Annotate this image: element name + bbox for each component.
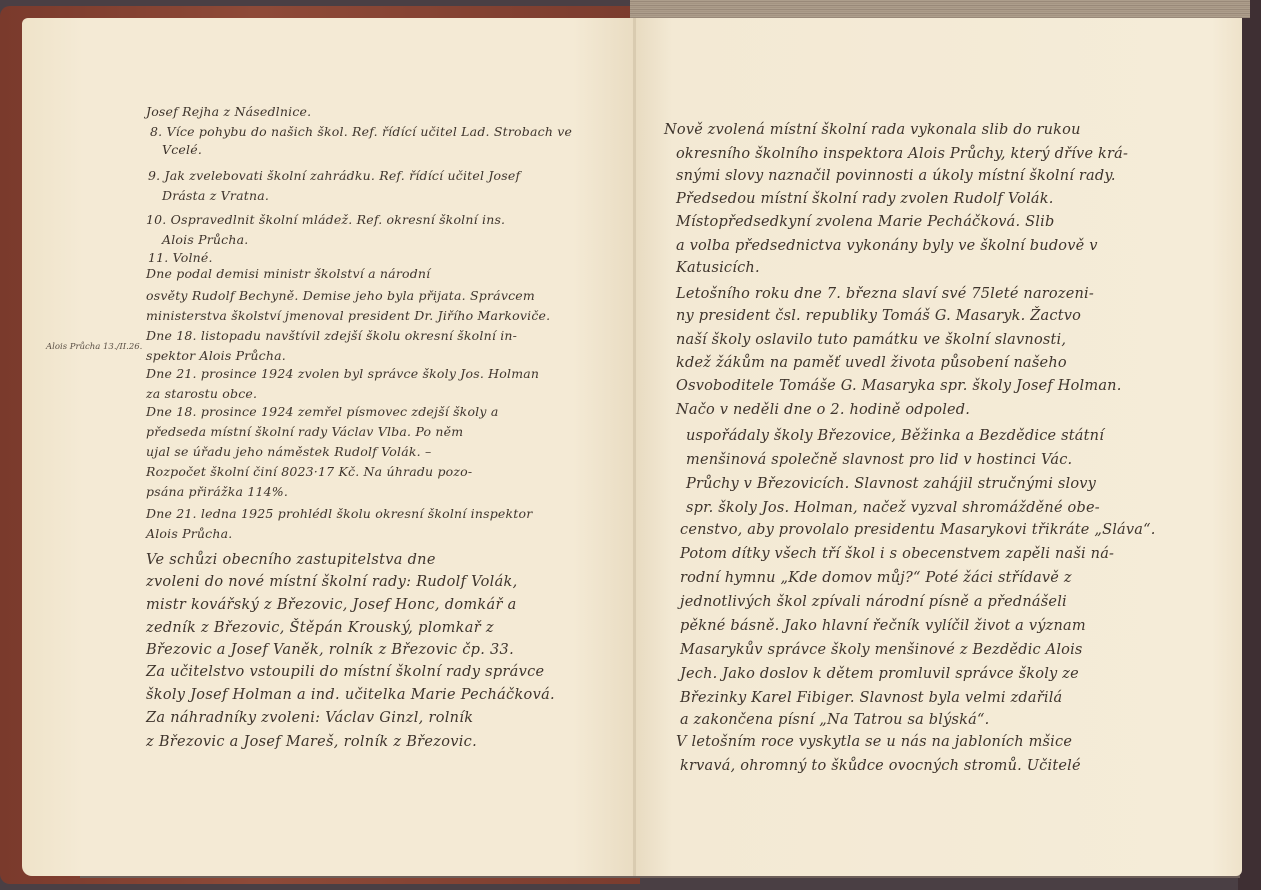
right-line: okresního školního inspektora Alois Průc… bbox=[676, 146, 1128, 162]
left-line: z Březovic a Josef Mareš, rolník z Březo… bbox=[146, 734, 477, 750]
right-line: rodní hymnu „Kde domov můj?“ Poté žáci s… bbox=[680, 570, 1072, 586]
right-line: naší školy oslavilo tuto památku ve škol… bbox=[676, 332, 1066, 348]
left-line: ministerstva školství jmenoval president… bbox=[146, 308, 550, 323]
right-line: Katusicích. bbox=[676, 260, 760, 276]
right-line: spr. školy Jos. Holman, načež vyzval shr… bbox=[686, 500, 1100, 516]
left-line: předseda místní školní rady Václav Vlba.… bbox=[146, 424, 463, 439]
right-line: Březinky Karel Fibiger. Slavnost byla ve… bbox=[680, 690, 1062, 706]
right-line: Jech. Jako doslov k dětem promluvil sprá… bbox=[680, 666, 1079, 682]
right-line: Masarykův správce školy menšinové z Bezd… bbox=[680, 642, 1083, 658]
left-line: Březovic a Josef Vaněk, rolník z Březovi… bbox=[146, 642, 514, 658]
right-line: Předsedou místní školní rady zvolen Rudo… bbox=[676, 191, 1054, 207]
right-line: censtvo, aby provolalo presidentu Masary… bbox=[680, 522, 1156, 538]
left-line: Alois Průcha. bbox=[162, 232, 248, 247]
right-line: krvavá, ohromný to škůdce ovocných strom… bbox=[680, 758, 1081, 774]
left-line: Za učitelstvo vstoupili do místní školní… bbox=[146, 664, 544, 680]
left-line: 11. Volné. bbox=[148, 250, 213, 265]
right-line: a zakončena písní „Na Tatrou sa blýská“. bbox=[680, 712, 989, 728]
left-line: Dne 18. prosince 1924 zemřel písmovec zd… bbox=[146, 404, 498, 419]
left-line: psána přirážka 114%. bbox=[146, 484, 288, 499]
right-line: pěkné básně. Jako hlavní řečník vylíčil … bbox=[680, 618, 1086, 634]
right-line: Průchy v Březovicích. Slavnost zahájil s… bbox=[686, 476, 1096, 492]
left-line: zedník z Březovic, Štěpán Krouský, plomk… bbox=[146, 620, 494, 636]
left-line: za starostu obce. bbox=[146, 386, 257, 401]
left-line: 8. Více pohybu do našich škol. Ref. řídí… bbox=[150, 124, 572, 139]
right-line: kdež žákům na paměť uvedl života působen… bbox=[676, 355, 1067, 371]
book-gutter bbox=[633, 18, 636, 876]
left-line: Drásta z Vratna. bbox=[162, 188, 269, 203]
right-line: Osvoboditele Tomáše G. Masaryka spr. ško… bbox=[676, 378, 1122, 394]
left-line: Dne 21. prosince 1924 zvolen byl správce… bbox=[146, 366, 539, 381]
margin-note: Alois Průcha 13./II.26. bbox=[46, 342, 142, 352]
left-line: Vcelé. bbox=[162, 142, 202, 157]
left-line: osvěty Rudolf Bechyně. Demise jeho byla … bbox=[146, 288, 535, 303]
right-line: Místopředsedkyní zvolena Marie Pecháčkov… bbox=[676, 214, 1054, 230]
left-line: školy Josef Holman a ind. učitelka Marie… bbox=[146, 687, 555, 703]
left-line: 9. Jak zvelebovati školní zahrádku. Ref.… bbox=[148, 168, 520, 183]
right-line: Nově zvolená místní školní rada vykonala… bbox=[664, 122, 1081, 138]
right-line: Potom dítky všech tří škol i s obecenstv… bbox=[680, 546, 1114, 562]
right-line: V letošním roce vyskytla se u nás na jab… bbox=[676, 734, 1072, 750]
left-line: Dne 18. listopadu navštívil zdejší školu… bbox=[146, 328, 517, 343]
right-line: menšinová společně slavnost pro lid v ho… bbox=[686, 452, 1072, 468]
right-line: snými slovy naznačil povinnosti a úkoly … bbox=[676, 168, 1116, 184]
right-line: jednotlivých škol zpívali národní písně … bbox=[680, 594, 1067, 610]
left-line: zvoleni do nové místní školní rady: Rudo… bbox=[146, 574, 518, 590]
right-line: uspořádaly školy Březovice, Běžinka a Be… bbox=[686, 428, 1104, 444]
left-line: Josef Rejha z Násedlnice. bbox=[146, 104, 311, 119]
page-edges bbox=[630, 0, 1250, 18]
left-line: 10. Ospravedlnit školní mládež. Ref. okr… bbox=[146, 212, 505, 227]
left-line: ujal se úřadu jeho náměstek Rudolf Volák… bbox=[146, 444, 431, 459]
right-line: Načo v neděli dne o 2. hodině odpoled. bbox=[676, 402, 970, 418]
right-line: a volba předsednictva vykonány byly ve š… bbox=[676, 238, 1098, 254]
left-line: Dne podal demisi ministr školství a náro… bbox=[146, 266, 430, 281]
right-line: ny president čsl. republiky Tomáš G. Mas… bbox=[676, 308, 1081, 324]
left-line: spektor Alois Průcha. bbox=[146, 348, 286, 363]
left-line: Alois Průcha. bbox=[146, 526, 232, 541]
left-line: Rozpočet školní činí 8023·17 Kč. Na úhra… bbox=[146, 464, 472, 479]
left-line: Dne 21. ledna 1925 prohlédl školu okresn… bbox=[146, 506, 532, 521]
left-line: Ve schůzi obecního zastupitelstva dne bbox=[146, 552, 436, 568]
left-line: Za náhradníky zvoleni: Václav Ginzl, rol… bbox=[146, 710, 473, 726]
right-line: Letošního roku dne 7. března slaví své 7… bbox=[676, 286, 1094, 302]
left-line: mistr kovářský z Březovic, Josef Honc, d… bbox=[146, 597, 517, 613]
